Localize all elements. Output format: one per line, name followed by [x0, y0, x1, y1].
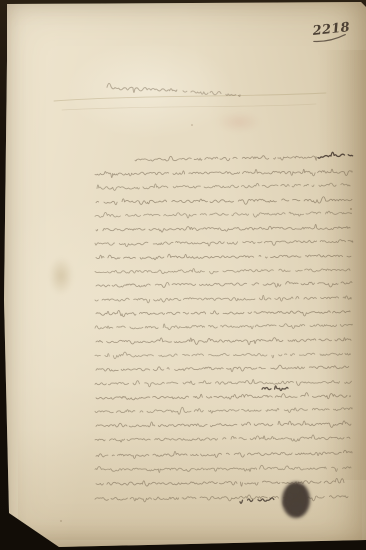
emphasis-words: [240, 152, 353, 503]
paper-sheet: 2218: [0, 0, 366, 550]
salutation-handwriting: [107, 83, 240, 96]
archive-number: 2218: [312, 21, 351, 44]
handwriting-layer: [0, 0, 366, 550]
document-scan: 2218: [0, 0, 366, 550]
body-handwriting: [95, 156, 353, 502]
paper-crease-lines: [54, 93, 326, 110]
